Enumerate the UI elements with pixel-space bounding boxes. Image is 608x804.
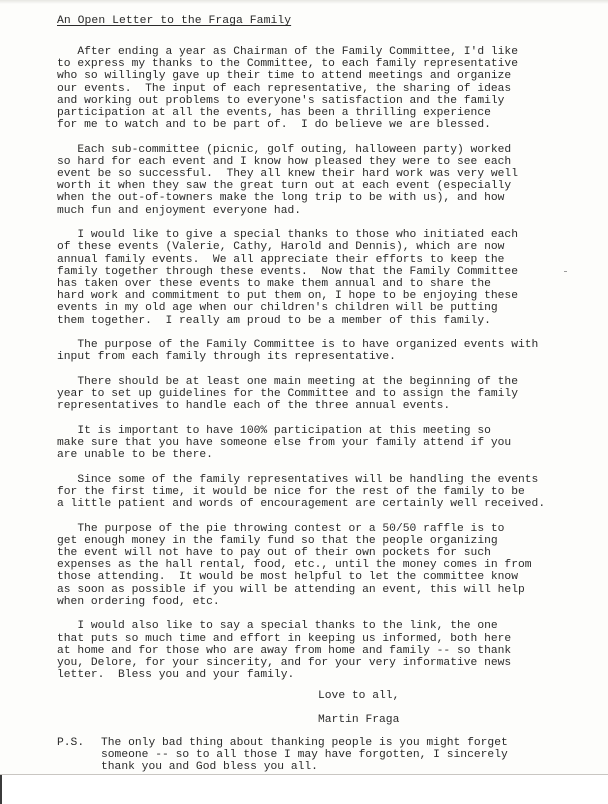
text-line: has taken over these events to make them… <box>57 278 577 290</box>
text-line: event be so successful. They all knew th… <box>57 168 577 180</box>
text-line: letter. Bless you and your family. <box>57 669 577 681</box>
text-line: representatives to handle each of the th… <box>57 400 577 412</box>
text-line: someone -- so to all those I may have fo… <box>101 749 508 761</box>
paragraph: The purpose of the pie throwing contest … <box>57 523 577 608</box>
text-line: thank you and God bless you all. <box>101 761 508 773</box>
text-line: The purpose of the pie throwing contest … <box>57 523 577 535</box>
text-line: much fun and enjoyment everyone had. <box>57 205 577 217</box>
text-line: family together through these events. No… <box>57 266 577 278</box>
text-line: Each sub-committee (picnic, golf outing,… <box>57 144 577 156</box>
letter-body: After ending a year as Chairman of the F… <box>57 46 577 694</box>
text-line: that puts so much time and effort in kee… <box>57 633 577 645</box>
text-line: so hard for each event and I know how pl… <box>57 156 577 168</box>
text-line: worth it when they saw the great turn ou… <box>57 180 577 192</box>
text-line: input from each family through its repre… <box>57 351 577 363</box>
text-line: get enough money in the family fund so t… <box>57 535 577 547</box>
text-line: annual family events. We all appreciate … <box>57 254 577 266</box>
text-line: for the first time, it would be nice for… <box>57 486 577 498</box>
edge-mark <box>0 775 2 804</box>
page-top-shadow <box>0 0 608 4</box>
stray-mark <box>564 271 567 272</box>
text-line: our events. The input of each representa… <box>57 83 577 95</box>
text-line: I would also like to say a special thank… <box>57 620 577 632</box>
text-line: make sure that you have someone else fro… <box>57 437 577 449</box>
letter-page: An Open Letter to the Fraga Family After… <box>0 0 608 774</box>
text-line: as soon as possible if you will be atten… <box>57 584 577 596</box>
text-line: year to set up guidelines for the Commit… <box>57 388 577 400</box>
text-line: when the out-of-towners make the long tr… <box>57 192 577 204</box>
paragraph: There should be at least one main meetin… <box>57 376 577 413</box>
text-line: them together. I really am proud to be a… <box>57 315 577 327</box>
text-line: participation at all the events, has bee… <box>57 107 577 119</box>
text-line: you, Delore, for your sincerity, and for… <box>57 657 577 669</box>
text-line: It is important to have 100% participati… <box>57 425 577 437</box>
text-line: hard work and commitment to put them on,… <box>57 290 577 302</box>
letter-title: An Open Letter to the Fraga Family <box>57 15 291 27</box>
text-line: The purpose of the Family Committee is t… <box>57 339 577 351</box>
postscript-label: P.S. <box>57 737 84 749</box>
paragraph: The purpose of the Family Committee is t… <box>57 339 577 363</box>
paragraph: Since some of the family representatives… <box>57 474 577 511</box>
text-line: of these events (Valerie, Cathy, Harold … <box>57 241 577 253</box>
paragraph: It is important to have 100% participati… <box>57 425 577 462</box>
text-line: are unable to be there. <box>57 449 577 461</box>
text-line: There should be at least one main meetin… <box>57 376 577 388</box>
text-line: After ending a year as Chairman of the F… <box>57 46 577 58</box>
paragraph: After ending a year as Chairman of the F… <box>57 46 577 131</box>
text-line: a little patient and words of encouragem… <box>57 498 577 510</box>
text-line: I would like to give a special thanks to… <box>57 229 577 241</box>
text-line: The only bad thing about thanking people… <box>101 737 508 749</box>
text-line: when ordering food, etc. <box>57 596 577 608</box>
signature: Martin Fraga <box>318 714 399 726</box>
paragraph: Each sub-committee (picnic, golf outing,… <box>57 144 577 217</box>
paragraph: I would also like to say a special thank… <box>57 620 577 681</box>
text-line: expenses as the hall rental, food, etc.,… <box>57 559 577 571</box>
text-line: events in my old age when our children's… <box>57 302 577 314</box>
text-line: to express my thanks to the Committee, t… <box>57 58 577 70</box>
text-line: who so willingly gave up their time to a… <box>57 70 577 82</box>
closing-line: Love to all, <box>318 690 399 702</box>
text-line: Since some of the family representatives… <box>57 474 577 486</box>
postscript-text: The only bad thing about thanking people… <box>101 737 508 774</box>
paragraph: I would like to give a special thanks to… <box>57 229 577 327</box>
text-line: at home and for those who are away from … <box>57 645 577 657</box>
text-line: and working out problems to everyone's s… <box>57 95 577 107</box>
text-line: for me to watch and to be part of. I do … <box>57 119 577 131</box>
page-bottom-edge <box>0 774 608 804</box>
text-line: the event will not have to pay out of th… <box>57 547 577 559</box>
text-line: those attending. It would be most helpfu… <box>57 571 577 583</box>
